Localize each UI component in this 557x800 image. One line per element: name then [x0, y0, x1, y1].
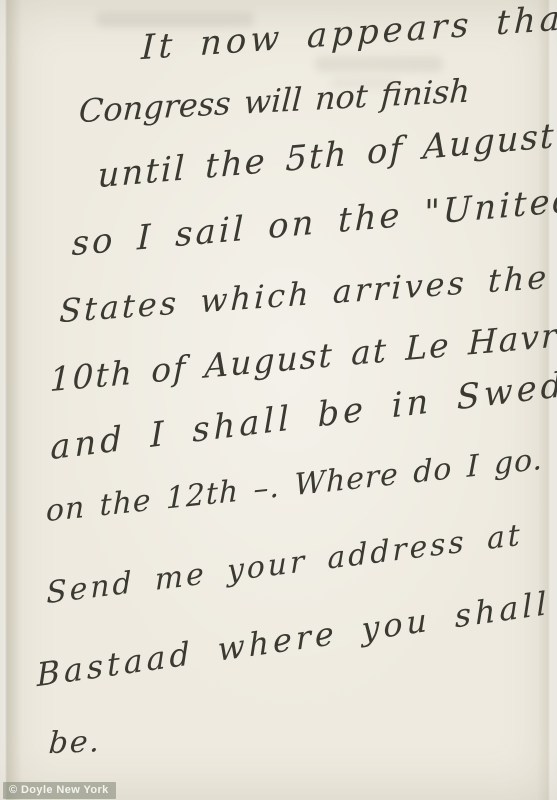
handwritten-line: so I sail on the "United: [71, 180, 557, 264]
photo-credit: © Doyle New York: [3, 782, 116, 799]
handwritten-line: Congress will not finish: [78, 72, 471, 131]
handwritten-line: be.: [48, 724, 103, 761]
handwritten-line: States which arrives the: [59, 258, 550, 330]
ink-bleed-mark: [315, 56, 443, 72]
letter-photograph: It now appears that Congress will not fi…: [0, 0, 557, 800]
handwritten-line: It now appears that: [141, 0, 557, 68]
